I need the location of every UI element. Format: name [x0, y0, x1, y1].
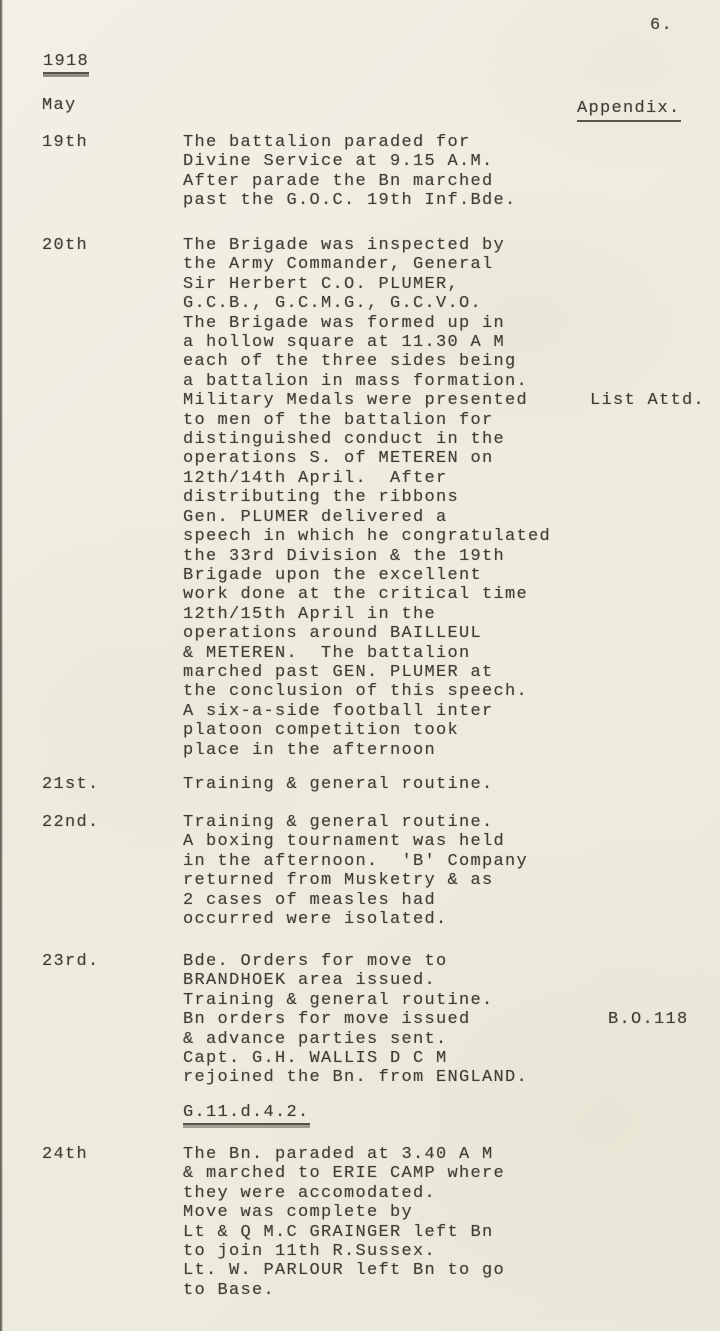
- entry-date: 20th: [42, 236, 183, 760]
- entry-line: Training & general routine.: [183, 991, 613, 1010]
- entry-line: & METEREN. The battalion: [183, 644, 613, 663]
- entry-text: The Brigade was inspected bythe Army Com…: [183, 236, 613, 760]
- war-diary-page: 6. 1918 May Appendix. 19thThe battalion …: [0, 0, 720, 1331]
- entry-text: The Bn. paraded at 3.40 A M& marched to …: [183, 1145, 613, 1300]
- entry-line: Move was complete by: [183, 1203, 613, 1222]
- entry-line: 12th/15th April in the: [183, 605, 613, 624]
- diary-entry: 22nd.Training & general routine.A boxing…: [0, 813, 720, 929]
- diary-entry: 24thThe Bn. paraded at 3.40 A M& marched…: [0, 1145, 720, 1300]
- entry-text: Training & general routine.A boxing tour…: [183, 813, 613, 929]
- month-label: May: [42, 96, 77, 115]
- entry-line: the Army Commander, General: [183, 255, 613, 274]
- diary-entry: 19thThe battalion paraded forDivine Serv…: [0, 133, 720, 211]
- entry-line: rejoined the Bn. from ENGLAND.: [183, 1068, 613, 1087]
- entry-line: to join 11th R.Sussex.: [183, 1242, 613, 1261]
- diary-entry: 23rd.Bde. Orders for move toBRANDHOEK ar…: [0, 952, 720, 1088]
- entry-line: past the G.O.C. 19th Inf.Bde.: [183, 191, 613, 210]
- appendix-column-heading: Appendix.: [577, 99, 681, 122]
- entry-date: [42, 1103, 183, 1125]
- entry-date: 23rd.: [42, 952, 183, 1088]
- entry-date: 21st.: [42, 775, 183, 794]
- entry-date: 22nd.: [42, 813, 183, 929]
- entry-line: After parade the Bn marched: [183, 172, 613, 191]
- entry-line: The Brigade was inspected by: [183, 236, 613, 255]
- entry-line: distinguished conduct in the: [183, 430, 613, 449]
- entry-line: & advance parties sent.: [183, 1030, 613, 1049]
- entry-line: Gen. PLUMER delivered a: [183, 508, 613, 527]
- entry-line: Capt. G.H. WALLIS D C M: [183, 1049, 613, 1068]
- entry-line: Bde. Orders for move to: [183, 952, 613, 971]
- entry-line: Training & general routine.: [183, 813, 613, 832]
- entry-text: Bde. Orders for move toBRANDHOEK area is…: [183, 952, 613, 1088]
- entry-text: Training & general routine.: [183, 775, 613, 794]
- entry-line: occurred were isolated.: [183, 910, 613, 929]
- entry-line: operations S. of METEREN on: [183, 449, 613, 468]
- entry-line: returned from Musketry & as: [183, 871, 613, 890]
- entry-line: work done at the critical time: [183, 585, 613, 604]
- entry-line: Brigade upon the excellent: [183, 566, 613, 585]
- entry-line: The Bn. paraded at 3.40 A M: [183, 1145, 613, 1164]
- entry-text: The battalion paraded forDivine Service …: [183, 133, 613, 211]
- entry-line: to men of the battalion for: [183, 411, 613, 430]
- entry-line: the 33rd Division & the 19th: [183, 547, 613, 566]
- entry-line: Training & general routine.: [183, 775, 613, 794]
- entry-line: 2 cases of measles had: [183, 891, 613, 910]
- entry-line: Military Medals were presented: [183, 391, 613, 410]
- entry-line: platoon competition took: [183, 721, 613, 740]
- entry-line: Lt. W. PARLOUR left Bn to go: [183, 1261, 613, 1280]
- entry-line: a battalion in mass formation.: [183, 372, 613, 391]
- entry-line: to Base.: [183, 1281, 613, 1300]
- entry-date: 24th: [42, 1145, 183, 1300]
- entry-line: BRANDHOEK area issued.: [183, 971, 613, 990]
- entry-line: marched past GEN. PLUMER at: [183, 663, 613, 682]
- diary-entry: 20thThe Brigade was inspected bythe Army…: [0, 236, 720, 760]
- entry-line: speech in which he congratulated: [183, 527, 613, 546]
- entry-line: A boxing tournament was held: [183, 832, 613, 851]
- entry-text: G.11.d.4.2.: [183, 1103, 613, 1125]
- entry-line: distributing the ribbons: [183, 488, 613, 507]
- entry-line: & marched to ERIE CAMP where: [183, 1164, 613, 1183]
- entry-line: in the afternoon. 'B' Company: [183, 852, 613, 871]
- entry-line: they were accomodated.: [183, 1184, 613, 1203]
- margin-note: List Attd.: [590, 391, 705, 410]
- entry-line: each of the three sides being: [183, 352, 613, 371]
- entry-line: the conclusion of this speech.: [183, 682, 613, 701]
- entry-line: Sir Herbert C.O. PLUMER,: [183, 275, 613, 294]
- page-number: 6.: [650, 16, 673, 35]
- margin-note: B.O.118: [608, 1010, 689, 1029]
- entry-line: The battalion paraded for: [183, 133, 613, 152]
- entry-line: Lt & Q M.C GRAINGER left Bn: [183, 1223, 613, 1242]
- entry-line: Divine Service at 9.15 A.M.: [183, 152, 613, 171]
- year-heading: 1918: [43, 52, 89, 74]
- entry-line: A six-a-side football inter: [183, 702, 613, 721]
- entry-line: operations around BAILLEUL: [183, 624, 613, 643]
- entry-line: The Brigade was formed up in: [183, 314, 613, 333]
- entry-line: Bn orders for move issued: [183, 1010, 613, 1029]
- entry-line: G.C.B., G.C.M.G., G.C.V.O.: [183, 294, 613, 313]
- diary-entry: 21st.Training & general routine.: [0, 775, 720, 794]
- entry-line: a hollow square at 11.30 A M: [183, 333, 613, 352]
- entry-line: 12th/14th April. After: [183, 469, 613, 488]
- map-reference-heading: G.11.d.4.2.: [183, 1103, 310, 1125]
- entry-date: 19th: [42, 133, 183, 211]
- diary-entry: G.11.d.4.2.: [0, 1103, 720, 1125]
- entry-line: place in the afternoon: [183, 741, 613, 760]
